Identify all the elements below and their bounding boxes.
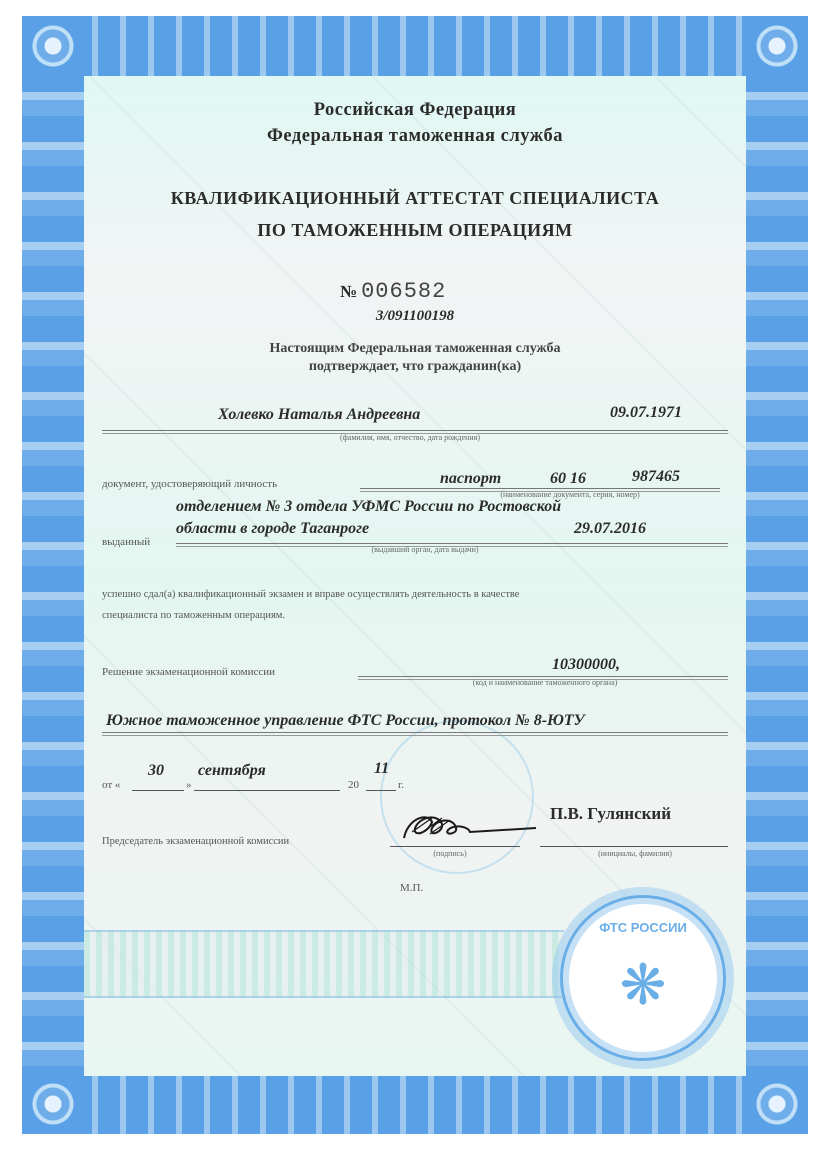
id-document-label: документ, удостоверяющий личность: [102, 478, 277, 490]
signature-caption: (подпись): [420, 849, 480, 858]
agency-name: Федеральная таможенная служба: [84, 126, 746, 147]
day-underline: [132, 790, 184, 791]
statement-line1: успешно сдал(а) квалификационный экзамен…: [102, 589, 730, 600]
number-label: №: [340, 282, 357, 301]
date-separator: »: [186, 779, 192, 791]
intro-line1: Настоящим Федеральная таможенная служба: [84, 341, 746, 357]
decision-authority: Южное таможенное управление ФТС России, …: [106, 712, 585, 730]
corner-ornament-icon: [746, 16, 808, 76]
decision-caption: (код и наименование таможенного органа): [430, 678, 660, 687]
seal-label: М.П.: [400, 882, 423, 894]
name-underline: [540, 846, 728, 847]
decision-label: Решение экзаменационной комиссии: [102, 666, 275, 678]
holder-full-name: Холевко Наталья Андреевна: [218, 406, 420, 424]
date-prefix: от «: [102, 779, 120, 791]
chair-label: Председатель экзаменационной комиссии: [102, 836, 289, 847]
year-underline: [366, 790, 396, 791]
date-year-end: г.: [398, 779, 404, 791]
border-left: [22, 16, 84, 1134]
corner-ornament-icon: [22, 1074, 84, 1134]
holder-birth-date: 09.07.1971: [610, 404, 682, 422]
authority-underline: [102, 732, 728, 736]
id-issuer-line2: области в городе Таганроге: [176, 520, 369, 538]
number-value: 006582: [361, 279, 446, 304]
issuer-caption: (выдавший орган, дата выдачи): [330, 545, 520, 554]
corner-ornament-icon: [746, 1074, 808, 1134]
decision-code: 10300000,: [552, 656, 620, 674]
issued-label: выданный: [102, 536, 150, 548]
signature-underline: [390, 846, 520, 847]
date-month: сентября: [198, 762, 266, 780]
id-issue-date: 29.07.2016: [574, 520, 646, 538]
handwritten-signature-icon: [398, 808, 538, 844]
date-year-prefix: 20: [348, 779, 359, 791]
official-stamp: ФТС РОССИИ ❋: [560, 895, 726, 1061]
security-band: [84, 930, 564, 998]
country-name: Российская Федерация: [84, 100, 746, 121]
certificate-title-line2: ПО ТАМОЖЕННЫМ ОПЕРАЦИЯМ: [84, 220, 746, 241]
corner-ornament-icon: [22, 16, 84, 76]
id-document-number: 987465: [632, 468, 680, 486]
id-document-type: паспорт: [440, 470, 501, 488]
date-day: 30: [148, 762, 164, 780]
intro-line2: подтверждает, что гражданин(ка): [84, 359, 746, 375]
certificate-title-line1: КВАЛИФИКАЦИОННЫЙ АТТЕСТАТ СПЕЦИАЛИСТА: [84, 188, 746, 209]
border-right: [746, 16, 808, 1134]
month-underline: [194, 790, 340, 791]
statement-line2: специалиста по таможенным операциям.: [102, 610, 285, 621]
signer-name: П.В. Гулянский: [550, 804, 671, 824]
double-headed-eagle-icon: ❋: [603, 946, 683, 1026]
id-document-series: 60 16: [550, 470, 586, 488]
id-issuer-line1: отделением № 3 отдела УФМС России по Рос…: [176, 498, 561, 516]
registration-code: 3/091100198: [84, 308, 746, 325]
holder-caption: (фамилия, имя, отчество, дата рождения): [300, 433, 520, 442]
stamp-text: ФТС РОССИИ: [563, 920, 723, 935]
name-caption: (инициалы, фамилия): [560, 849, 710, 858]
date-year-suffix: 11: [374, 760, 389, 778]
certificate-number: № 006582: [340, 279, 446, 304]
